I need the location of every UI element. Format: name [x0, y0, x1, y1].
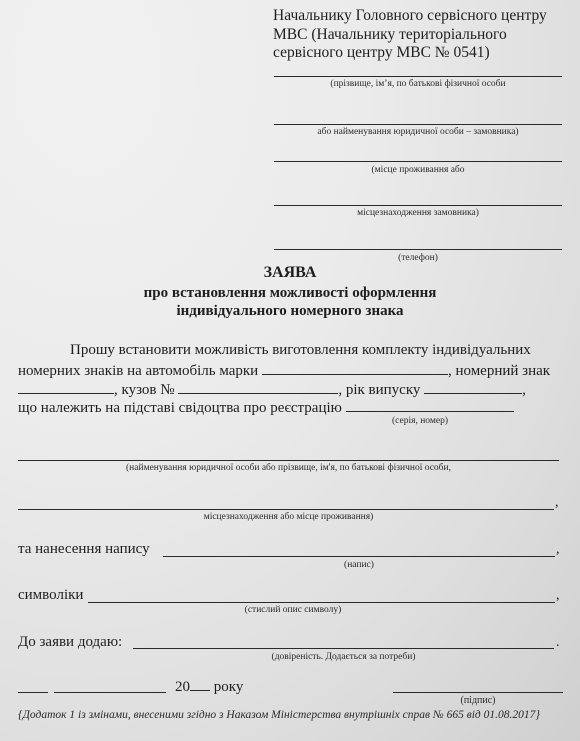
series-number-hint: (серія, номер)	[370, 416, 470, 427]
applicant-location-hint: місцезнаходження замовника)	[274, 208, 562, 219]
year-label: , рік випуску	[338, 382, 420, 398]
attachments-label: До заяви додаю:	[18, 633, 122, 651]
owner-name-field[interactable]	[18, 460, 559, 461]
symbols-field[interactable]	[88, 602, 555, 603]
request-line-1: Прошу встановити можливість виготовлення…	[70, 341, 531, 359]
attachments-field[interactable]	[133, 648, 554, 649]
applicant-phone-hint: (телефон)	[274, 253, 562, 264]
plate-label: , номерний знак	[448, 363, 550, 379]
document-subtitle-2: індивідуального номерного знака	[0, 302, 580, 320]
request-line-2: номерних знаків на автомобіль марки , но…	[18, 361, 550, 380]
document-title: ЗАЯВА	[0, 264, 580, 282]
symbols-hint: (стислий опис символу)	[88, 605, 498, 616]
year-prefix: 20	[175, 679, 190, 695]
body-number-field[interactable]	[178, 380, 338, 394]
amendment-footnote: {Додаток 1 із змінами, внесеними згідно …	[18, 709, 576, 722]
symbols-label: символіки	[18, 586, 83, 604]
applicant-org-field[interactable]	[274, 124, 562, 125]
applicant-residence-field[interactable]	[274, 161, 562, 162]
addressee-line: сервісного центру МВС № 0541)	[273, 44, 573, 63]
line-end-period: .	[556, 634, 560, 652]
addressee-block: Начальнику Головного сервісного центру М…	[273, 7, 573, 63]
applicant-residence-hint: (місце проживання або	[274, 165, 562, 176]
manufacture-year-field[interactable]	[424, 380, 522, 394]
year-field: 20 року	[175, 677, 243, 696]
signature-field[interactable]	[393, 692, 563, 693]
applicant-location-field[interactable]	[274, 205, 562, 206]
inscription-hint: (напис)	[163, 560, 555, 571]
inscription-label: та нанесення напису	[18, 540, 150, 558]
line-end-comma: ,	[522, 382, 526, 398]
applicant-phone-field[interactable]	[274, 249, 562, 250]
month-field[interactable]	[54, 692, 166, 693]
car-make-label: номерних знаків на автомобіль марки	[18, 363, 258, 379]
year-suffix: року	[214, 679, 244, 695]
year-digits-field[interactable]	[190, 677, 210, 691]
car-make-field[interactable]	[262, 361, 448, 375]
attachments-hint: (довіреність. Додається за потреби)	[133, 652, 554, 663]
inscription-field[interactable]	[163, 556, 555, 557]
day-field[interactable]	[18, 692, 48, 693]
request-line-3: , кузов № , рік випуску ,	[18, 380, 526, 399]
body-number-label: , кузов №	[114, 382, 175, 398]
registration-label: що належить на підставі свідоцтва про ре…	[18, 400, 342, 416]
line-end-comma: ,	[556, 541, 560, 559]
line-end-comma: ,	[556, 587, 560, 605]
registration-certificate-field[interactable]	[346, 398, 514, 412]
document-subtitle-1: про встановлення можливості оформлення	[0, 284, 580, 302]
addressee-line: МВС (Начальнику територіального	[273, 26, 573, 45]
addressee-line: Начальнику Головного сервісного центру	[273, 7, 573, 26]
applicant-org-hint: або найменування юридичної особи – замов…	[274, 127, 562, 138]
owner-name-hint: (найменування юридичної особи або прізви…	[18, 463, 559, 474]
signature-hint: (підпис)	[393, 695, 563, 706]
applicant-name-hint: (прізвище, ім’я, по батькові фізичної ос…	[274, 79, 562, 90]
plate-number-field[interactable]	[18, 380, 114, 394]
applicant-name-field[interactable]	[274, 76, 562, 77]
request-line-4: що належить на підставі свідоцтва про ре…	[18, 398, 514, 417]
line-end-comma: ,	[555, 494, 559, 512]
owner-location-hint: місцезнаходження або місце проживання)	[18, 512, 559, 523]
owner-location-field[interactable]	[18, 509, 554, 510]
